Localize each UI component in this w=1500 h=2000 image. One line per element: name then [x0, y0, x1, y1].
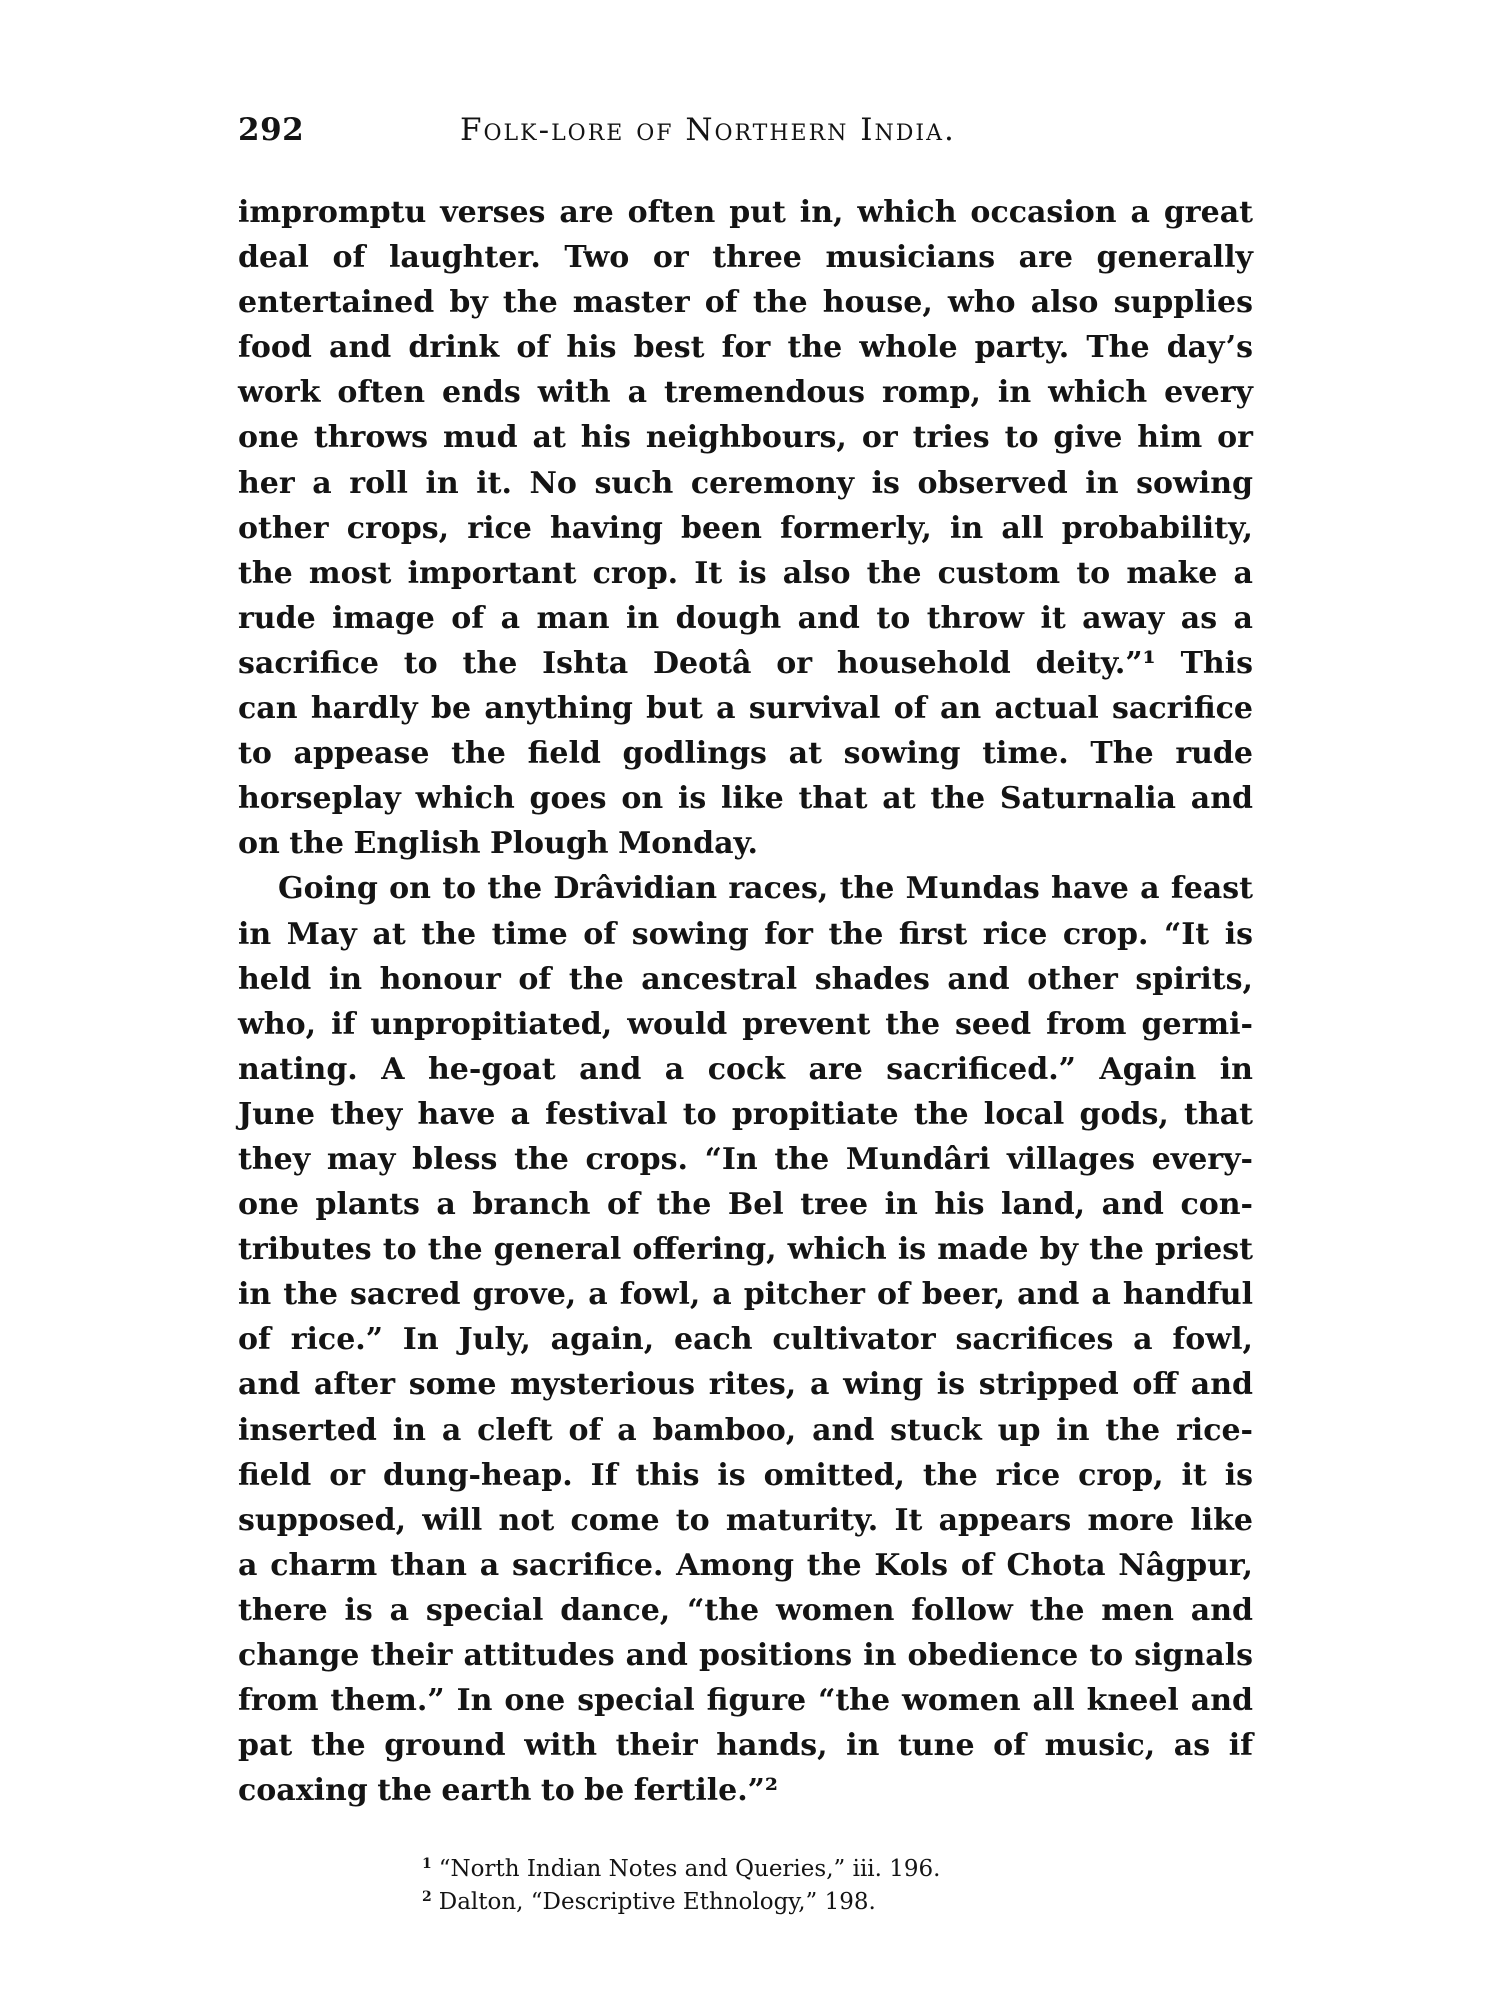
text-line: in the sacred grove, a fowl, a pitcher o…: [238, 1272, 1253, 1317]
text-line: of rice.” In July, again, each cultivato…: [238, 1317, 1253, 1362]
text-line: the most important crop. It is also the …: [238, 551, 1253, 596]
running-title: Folk-lore of Northern India.: [460, 112, 956, 148]
text-line: field or dung-heap. If this is omitted, …: [238, 1453, 1253, 1498]
text-line: one throws mud at his neighbours, or tri…: [238, 415, 1253, 460]
footnote-mark: 2: [422, 1889, 432, 1905]
text-line: change their attitudes and positions in …: [238, 1633, 1253, 1678]
footnote-1: 1“North Indian Notes and Queries,” iii. …: [422, 1848, 1122, 1881]
text-line: impromptu verses are often put in, which…: [238, 190, 1253, 235]
paragraph-start-line: Going on to the Drâvidian races, the Mun…: [238, 866, 1253, 911]
text-line: pat the ground with their hands, in tune…: [238, 1723, 1253, 1768]
page-number: 292: [238, 112, 304, 148]
text-line: tributes to the general offering, which …: [238, 1227, 1253, 1272]
text-line: other crops, rice having been formerly, …: [238, 506, 1253, 551]
paragraph-end-line: coaxing the earth to be fertile.”²: [238, 1768, 1253, 1813]
footnote-2: 2Dalton, “Descriptive Ethnology,” 198.: [422, 1881, 1122, 1914]
text-line: inserted in a cleft of a bamboo, and stu…: [238, 1408, 1253, 1453]
text-line: her a roll in it. No such ceremony is ob…: [238, 461, 1253, 506]
footnote-mark: 1: [422, 1856, 432, 1872]
text-line: food and drink of his best for the whole…: [238, 325, 1253, 370]
footnotes: 1“North Indian Notes and Queries,” iii. …: [422, 1848, 1122, 1914]
paragraph-end-line: on the English Plough Monday.: [238, 821, 1253, 866]
text-line: deal of laughter. Two or three musicians…: [238, 235, 1253, 280]
text-line: rude image of a man in dough and to thro…: [238, 596, 1253, 641]
footnote-text: Dalton, “Descriptive Ethnology,” 198.: [439, 1889, 876, 1915]
text-line: there is a special dance, “the women fol…: [238, 1588, 1253, 1633]
text-line: and after some mysterious rites, a wing …: [238, 1362, 1253, 1407]
running-head: 292 Folk-lore of Northern India.: [238, 112, 1253, 156]
text-line: June they have a festival to propitiate …: [238, 1092, 1253, 1137]
text-line: to appease the field godlings at sowing …: [238, 731, 1253, 776]
text-line: work often ends with a tremendous romp, …: [238, 370, 1253, 415]
text-line: entertained by the master of the house, …: [238, 280, 1253, 325]
text-line: supposed, will not come to maturity. It …: [238, 1498, 1253, 1543]
text-line: a charm than a sacrifice. Among the Kols…: [238, 1543, 1253, 1588]
text-line: held in honour of the ancestral shades a…: [238, 957, 1253, 1002]
text-line: they may bless the crops. “In the Mundâr…: [238, 1137, 1253, 1182]
text-line: from them.” In one special figure “the w…: [238, 1678, 1253, 1723]
footnote-text: “North Indian Notes and Queries,” iii. 1…: [439, 1856, 941, 1882]
text-line: sacrifice to the Ishta Deotâ or househol…: [238, 641, 1253, 686]
body-text: impromptu verses are often put in, which…: [238, 190, 1253, 1813]
text-line: horseplay which goes on is like that at …: [238, 776, 1253, 821]
text-line: in May at the time of sowing for the fir…: [238, 912, 1253, 957]
book-page: 292 Folk-lore of Northern India. impromp…: [0, 0, 1500, 2000]
text-line: who, if unpropitiated, would prevent the…: [238, 1002, 1253, 1047]
text-line: one plants a branch of the Bel tree in h…: [238, 1182, 1253, 1227]
text-line: nating. A he-goat and a cock are sacrifi…: [238, 1047, 1253, 1092]
text-line: can hardly be anything but a survival of…: [238, 686, 1253, 731]
